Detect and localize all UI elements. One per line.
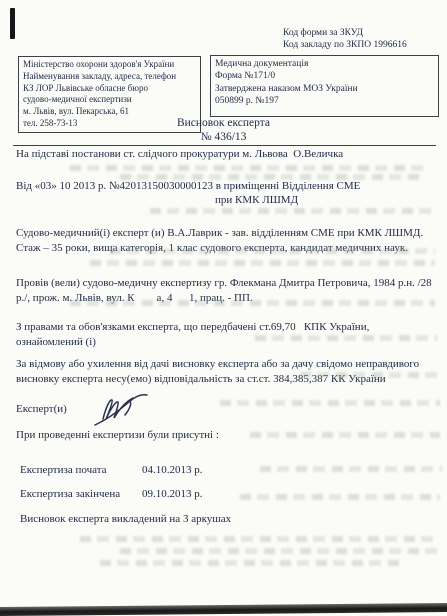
scan-artifact-bar (10, 8, 15, 39)
case-location-line: при КМК ЛШМД (215, 193, 298, 208)
institution-line: Міністерство охорони здоров'я України (23, 59, 196, 71)
medical-doc-box: Медична документація Форма №171/0 Затвер… (210, 55, 439, 117)
bleed-through-artifact (300, 372, 440, 378)
bleed-through-artifact (250, 432, 440, 438)
attendees-line: При проведенні експертизи були присутні … (16, 428, 219, 443)
bleed-through-artifact (120, 174, 420, 180)
bleed-through-artifact (150, 208, 435, 214)
document-title: Висновок експерта № 436/13 (0, 116, 447, 144)
title-number: № 436/13 (0, 130, 447, 144)
form-code-line: Код форми за ЗКУД (283, 27, 443, 39)
basis-line: На підставі постанови ст. слідчого проку… (16, 147, 441, 162)
exam-finished-date: 09.10.2013 р. (142, 488, 203, 500)
institution-line: Найменування закладу, адреса, телефон (23, 71, 196, 83)
exam-started-date: 04.10.2013 р. (142, 464, 203, 476)
scan-edge-band (0, 603, 447, 616)
bleed-through-artifact (220, 400, 440, 406)
bleed-through-artifact (90, 260, 435, 266)
sheets-line: Висновок експерта викладений на 3 аркуша… (20, 512, 231, 527)
bleed-through-artifact (110, 248, 435, 254)
bleed-through-artifact (260, 466, 442, 472)
bleed-through-artifact (70, 300, 435, 306)
bleed-through-artifact (120, 548, 440, 554)
handwritten-signature (92, 388, 150, 428)
doc-box-line: 050899 р. №197 (215, 95, 434, 107)
bleed-through-artifact (240, 494, 440, 500)
expert-signature-label: Експерт(и) (16, 402, 67, 417)
exam-finished-label: Експертиза закінчена (20, 488, 142, 500)
bleed-through-artifact (100, 560, 400, 566)
bleed-through-artifact (80, 536, 440, 542)
exam-started-label: Експертиза почата (20, 464, 142, 476)
case-number-line: Від «03» 10 2013 р. №42013150030000123 в… (16, 179, 444, 194)
bleed-through-artifact (70, 165, 430, 171)
institution-code-line: Код закладу по ЗКПО 1996616 (283, 39, 443, 51)
form-codes: Код форми за ЗКУД Код закладу по ЗКПО 19… (283, 27, 443, 51)
bleed-through-artifact (255, 335, 437, 341)
title-heading: Висновок експерта (0, 116, 447, 130)
document-page: Код форми за ЗКУД Код закладу по ЗКПО 19… (0, 0, 447, 616)
institution-line: судово-медичної експертизи (23, 94, 196, 106)
horizontal-rule (13, 145, 436, 146)
doc-box-line: Форма №171/0 (215, 70, 434, 82)
institution-line: КЗ ЛОР Львівське обласне бюро (23, 83, 196, 95)
doc-box-line: Затверджена наказом МОЗ України (215, 83, 434, 95)
doc-box-line: Медична документація (215, 58, 434, 70)
